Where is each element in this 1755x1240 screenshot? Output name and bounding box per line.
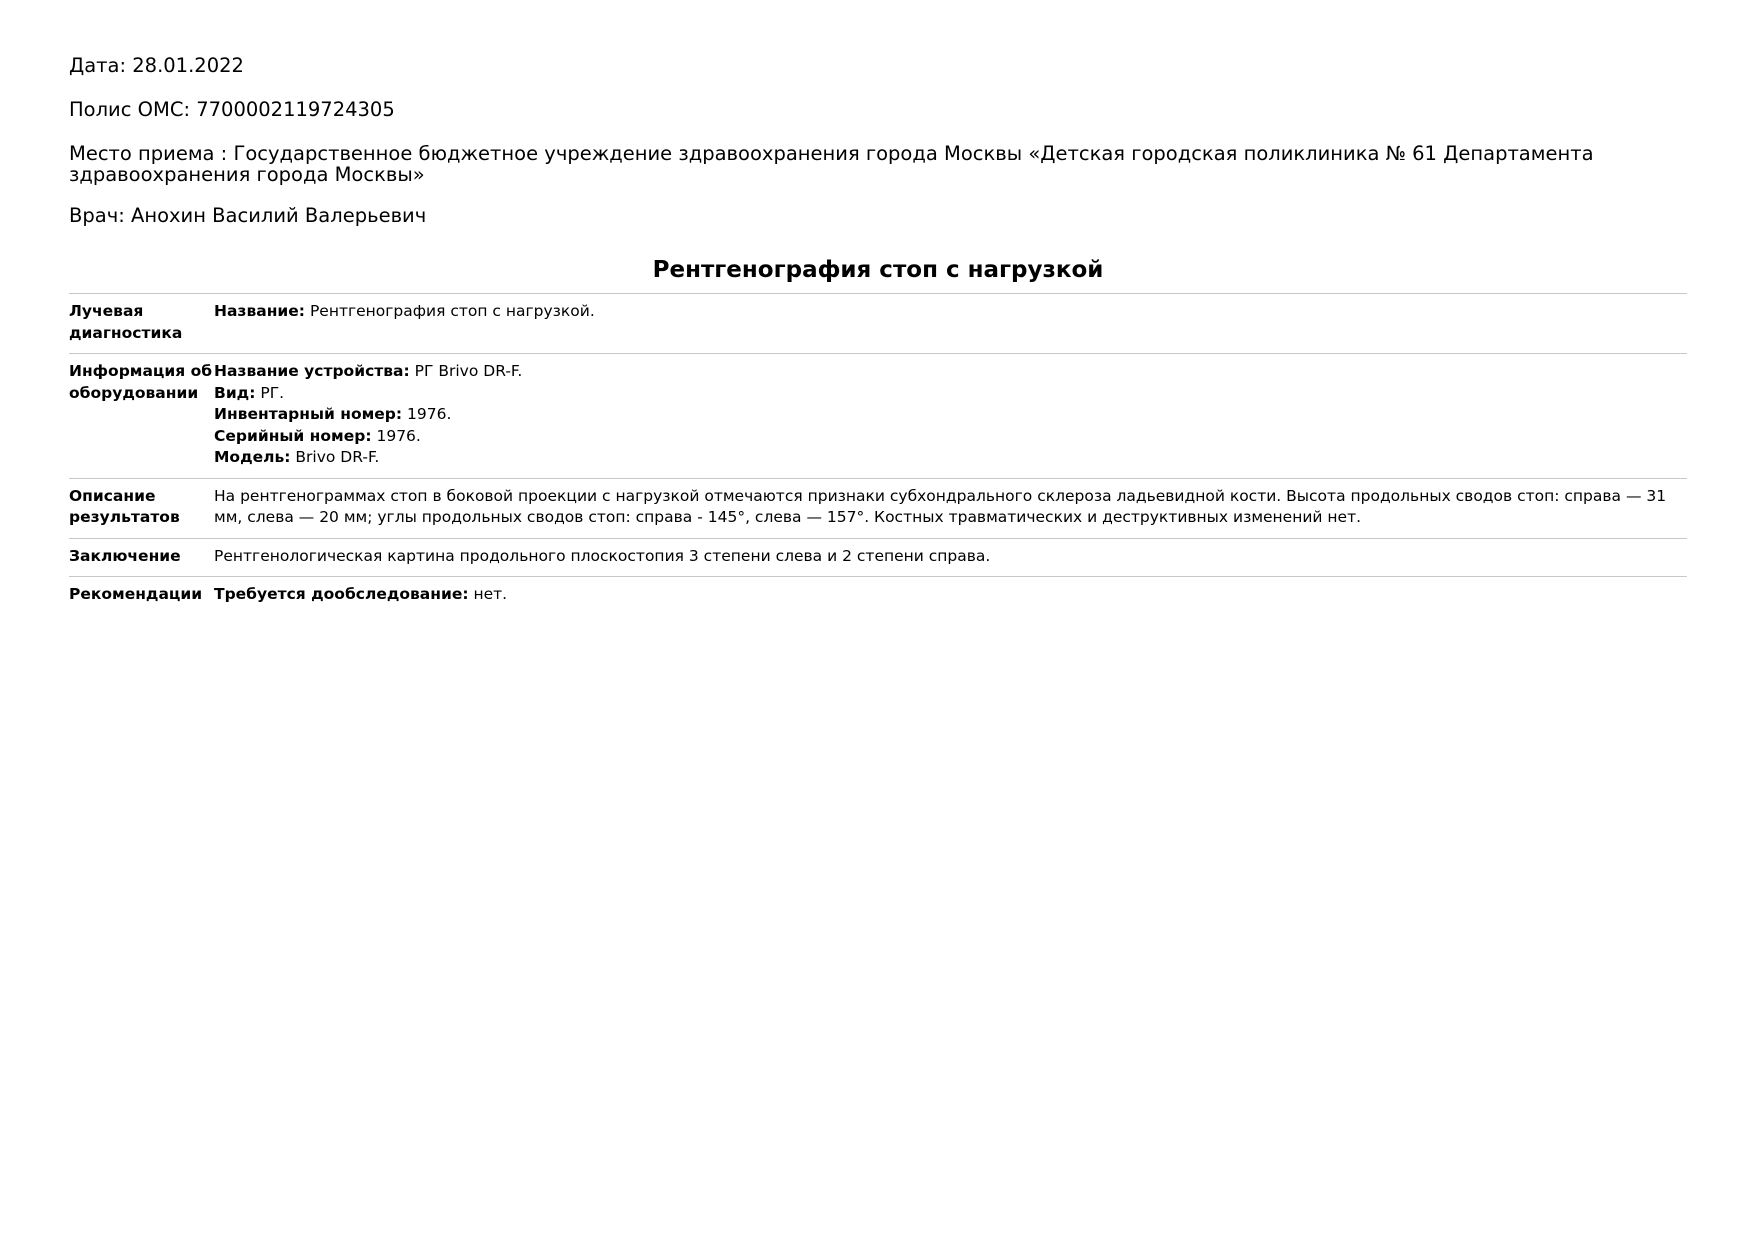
row-value: Требуется дообследование: нет. (214, 577, 1687, 610)
table-row-radiology: Лучевая диагностика Название: Рентгеногр… (69, 294, 1687, 354)
policy-value: 7700002119724305 (196, 98, 395, 121)
field-key: Инвентарный номер: (214, 405, 402, 423)
row-value: Название: Рентгенография стоп с нагрузко… (214, 294, 1687, 354)
row-value: Рентгенологическая картина продольного п… (214, 538, 1687, 577)
report-title: Рентгенография стоп с нагрузкой (69, 255, 1687, 285)
row-label: Заключение (69, 538, 214, 577)
doctor-line: Врач: Анохин Василий Валерьевич (69, 205, 1687, 226)
place-line: Место приема : Государственное бюджетное… (69, 143, 1687, 185)
table-row-conclusion: Заключение Рентгенологическая картина пр… (69, 538, 1687, 577)
medical-report: Дата: 28.01.2022 Полис ОМС: 770000211972… (69, 55, 1687, 610)
date-label: Дата: (69, 54, 126, 77)
field-serial-number: Серийный номер: 1976. (214, 426, 1687, 448)
field-value: 1976. (376, 427, 420, 445)
date-line: Дата: 28.01.2022 (69, 55, 1687, 76)
field-key: Название устройства: (214, 362, 410, 380)
field-value: РГ Brivo DR-F. (415, 362, 523, 380)
table-row-description: Описание результатов На рентгенограммах … (69, 478, 1687, 538)
date-value: 28.01.2022 (132, 54, 244, 77)
field-key: Вид: (214, 384, 255, 402)
place-label: Место приема : (69, 142, 227, 165)
field-key: Требуется дообследование: (214, 585, 469, 603)
field-type: Вид: РГ. (214, 383, 1687, 405)
field-value: Brivo DR-F. (295, 448, 379, 466)
row-value: Название устройства: РГ Brivo DR-F. Вид:… (214, 354, 1687, 479)
field-key: Модель: (214, 448, 290, 466)
field-inventory-number: Инвентарный номер: 1976. (214, 404, 1687, 426)
row-label: Описание результатов (69, 478, 214, 538)
table-row-equipment: Информация об оборудовании Название устр… (69, 354, 1687, 479)
field-value: нет. (473, 585, 507, 603)
row-value: На рентгенограммах стоп в боковой проекц… (214, 478, 1687, 538)
field-device-name: Название устройства: РГ Brivo DR-F. (214, 361, 1687, 383)
policy-label: Полис ОМС: (69, 98, 190, 121)
field-value: РГ. (260, 384, 284, 402)
doctor-value: Анохин Василий Валерьевич (131, 204, 426, 227)
doctor-label: Врач: (69, 204, 125, 227)
report-table: Лучевая диагностика Название: Рентгеногр… (69, 293, 1687, 610)
table-row-recommendations: Рекомендации Требуется дообследование: н… (69, 577, 1687, 610)
policy-line: Полис ОМС: 7700002119724305 (69, 99, 1687, 120)
field-value: 1976. (407, 405, 451, 423)
field-key: Серийный номер: (214, 427, 372, 445)
place-value: Государственное бюджетное учреждение здр… (69, 142, 1594, 186)
row-label: Рекомендации (69, 577, 214, 610)
row-label: Лучевая диагностика (69, 294, 214, 354)
row-label: Информация об оборудовании (69, 354, 214, 479)
field-value: Рентгенография стоп с нагрузкой. (310, 302, 595, 320)
field-model: Модель: Brivo DR-F. (214, 447, 1687, 469)
field-key: Название: (214, 302, 305, 320)
